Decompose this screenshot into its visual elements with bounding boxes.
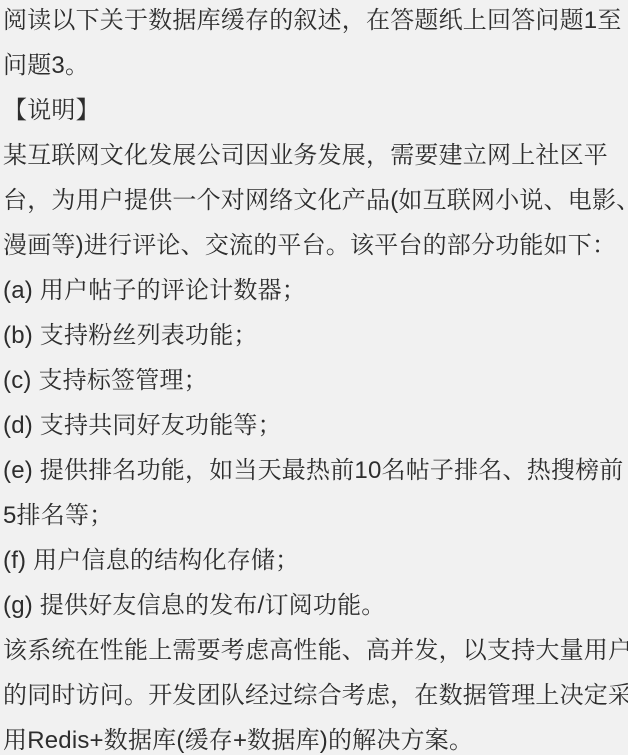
feature-item-f: (f) 用户信息的结构化存储； bbox=[3, 538, 625, 583]
conclusion-paragraph: 该系统在性能上需要考虑高性能、高并发，以支持大量用户 的同时访问。开发团队经过综… bbox=[3, 628, 625, 755]
section-header: 【说明】 bbox=[3, 88, 625, 133]
text-line: 阅读以下关于数据库缓存的叙述，在答题纸上回答问题1至 bbox=[3, 0, 625, 43]
feature-item-b: (b) 支持粉丝列表功能； bbox=[3, 313, 625, 358]
text-line: (b) 支持粉丝列表功能； bbox=[3, 313, 625, 358]
text-line: 问题3。 bbox=[3, 43, 625, 88]
description-paragraph: 某互联网文化发展公司因业务发展，需要建立网上社区平 台，为用户提供一个对网络文化… bbox=[3, 133, 625, 268]
text-line: 用Redis+数据库(缓存+数据库)的解决方案。 bbox=[3, 718, 625, 755]
text-line: (d) 支持共同好友功能等； bbox=[3, 403, 625, 448]
text-line: 台，为用户提供一个对网络文化产品(如互联网小说、电影、 bbox=[3, 178, 625, 223]
feature-list: (a) 用户帖子的评论计数器； (b) 支持粉丝列表功能； (c) 支持标签管理… bbox=[3, 268, 625, 628]
text-line: 的同时访问。开发团队经过综合考虑，在数据管理上决定采 bbox=[3, 673, 625, 718]
text-line: (e) 提供排名功能，如当天最热前10名帖子排名、热搜榜前 bbox=[3, 448, 625, 493]
feature-item-e: (e) 提供排名功能，如当天最热前10名帖子排名、热搜榜前 5排名等； bbox=[3, 448, 625, 538]
text-line: 漫画等)进行评论、交流的平台。该平台的部分功能如下： bbox=[3, 223, 625, 268]
feature-item-d: (d) 支持共同好友功能等； bbox=[3, 403, 625, 448]
text-line: 某互联网文化发展公司因业务发展，需要建立网上社区平 bbox=[3, 133, 625, 178]
feature-item-g: (g) 提供好友信息的发布/订阅功能。 bbox=[3, 583, 625, 628]
text-line: (a) 用户帖子的评论计数器； bbox=[3, 268, 625, 313]
text-line: (c) 支持标签管理； bbox=[3, 358, 625, 403]
text-line: (f) 用户信息的结构化存储； bbox=[3, 538, 625, 583]
feature-item-c: (c) 支持标签管理； bbox=[3, 358, 625, 403]
text-line: 5排名等； bbox=[3, 493, 625, 538]
intro-paragraph: 阅读以下关于数据库缓存的叙述，在答题纸上回答问题1至 问题3。 bbox=[3, 0, 625, 88]
text-line: (g) 提供好友信息的发布/订阅功能。 bbox=[3, 583, 625, 628]
text-line: 该系统在性能上需要考虑高性能、高并发，以支持大量用户 bbox=[3, 628, 625, 673]
exam-question-page: 阅读以下关于数据库缓存的叙述，在答题纸上回答问题1至 问题3。 【说明】 某互联… bbox=[0, 0, 628, 755]
feature-item-a: (a) 用户帖子的评论计数器； bbox=[3, 268, 625, 313]
